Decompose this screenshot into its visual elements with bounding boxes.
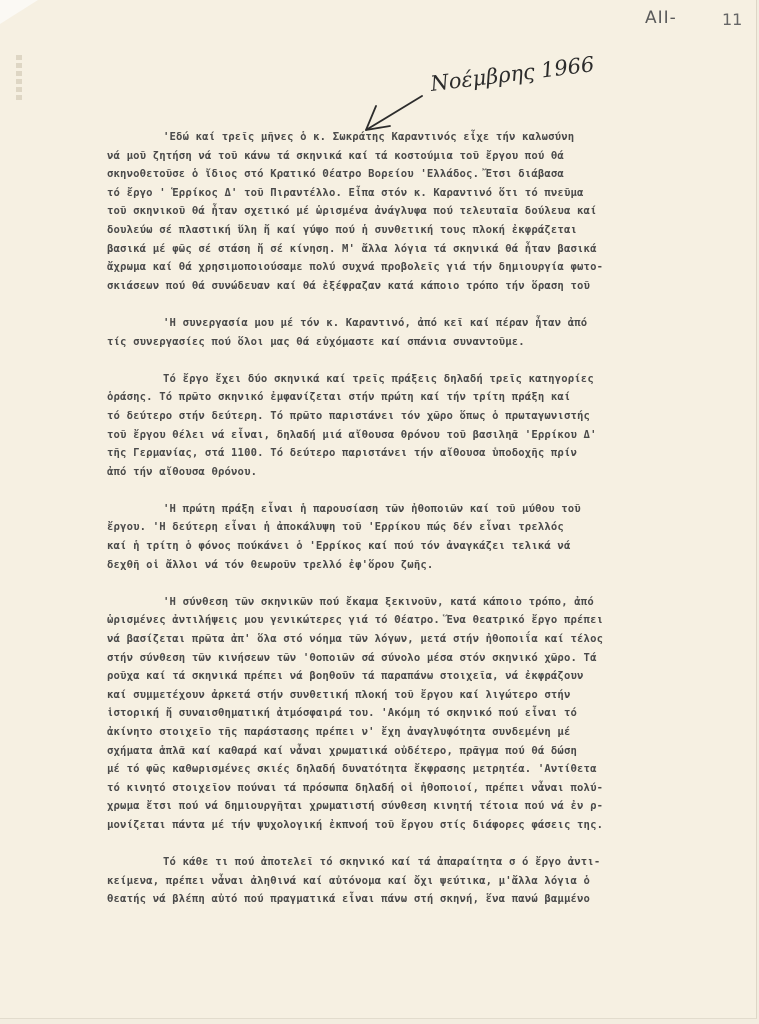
text-line: σκιάσεων πού θά συνώδευαν καί θά ἐξέφραζ… [107, 277, 712, 296]
text-line: τό ἔργο ' Ἑρρίκος Δ' τοῦ Πιραντέλλο. Εἶπ… [107, 184, 712, 203]
text-line: τοῦ σκηνικοῦ θά ἦταν σχετικό μέ ὡρισμένα… [107, 202, 712, 221]
paragraph: Τό ἔργο ἔχει δύο σκηνικά καί τρεῖς πράξε… [107, 370, 712, 482]
archive-id-label: ΑΙΙ- [645, 8, 677, 28]
text-line: τό δεύτερο στήν δεύτερη. Τό πρῶτο παριστ… [107, 407, 712, 426]
text-line: χρωμα ἔτσι πού νά δημιουργῆται χρωματιστ… [107, 797, 712, 816]
text-line: ἄχρωμα καί θά χρησιμοποιούσαμε πολύ συχν… [107, 258, 712, 277]
paragraph: 'Η σύνθεση τῶν σκηνικῶν πού ἔκαμα ξεκινο… [107, 593, 712, 835]
text-line: τό κινητό στοιχεῖον πούναι τά πρόσωπα δη… [107, 779, 712, 798]
text-line: νά βασίζεται πρῶτα ἀπ' ὅλα στό νόημα τῶν… [107, 630, 712, 649]
text-line: σχήματα ἁπλᾶ καί καθαρά καί νἆναι χρωματ… [107, 742, 712, 761]
text-line: 'Εδώ καί τρεῖς μῆνες ὁ κ. Σωκράτης Καραν… [107, 128, 712, 147]
document-page: ΑΙΙ- 11 Νοέμβρης 1966 'Εδώ καί τρεῖς μῆν… [0, 0, 757, 1019]
paragraph: 'Η συνεργασία μου μέ τόν κ. Καραντινό, ἀ… [107, 314, 712, 351]
staple-holes [16, 55, 22, 100]
paragraph: 'Εδώ καί τρεῖς μῆνες ὁ κ. Σωκράτης Καραν… [107, 128, 712, 295]
text-line: τῆς Γερμανίας, στά 1100. Τό δεύτερο παρι… [107, 444, 712, 463]
page-number: 11 [722, 10, 742, 29]
text-line: μέ τό φῶς καθωρισμένες σκιές δηλαδή δυνα… [107, 760, 712, 779]
text-line: 'Η πρώτη πράξη εἶναι ἡ παρουσίαση τῶν ἠθ… [107, 500, 712, 519]
text-line: Τό ἔργο ἔχει δύο σκηνικά καί τρεῖς πράξε… [107, 370, 712, 389]
typewritten-body: 'Εδώ καί τρεῖς μῆνες ὁ κ. Σωκράτης Καραν… [107, 128, 712, 928]
text-line: τίς συνεργασίες πού ὅλοι μας θά εὐχόμαστ… [107, 333, 712, 352]
text-line: κείμενα, πρέπει νἆναι ἀληθινά καί αὐτόνο… [107, 872, 712, 891]
text-line: ὡρισμένες ἀντιλήψεις μου γενικώτερες γιά… [107, 611, 712, 630]
text-line: στήν σύνθεση τῶν κινήσεων τῶν 'θοποιῶν σ… [107, 649, 712, 668]
text-line: μονίζεται πάντα μέ τήν ψυχολογική ἐκπνοή… [107, 816, 712, 835]
text-line: ἱστορική ἤ συναισθηματική ἀτμόσφαιρά του… [107, 704, 712, 723]
text-line: ἔργου. 'Η δεύτερη εἶναι ἡ ἀποκάλυψη τοῦ … [107, 518, 712, 537]
handwritten-date-annotation: Νοέμβρης 1966 [429, 52, 596, 96]
paragraph: Τό κάθε τι πού ἀποτελεῖ τό σκηνικό καί τ… [107, 853, 712, 909]
text-line: τοῦ ἔργου θέλει νά εἶναι, δηλαδή μιά αἴθ… [107, 426, 712, 445]
text-line: ροῦχα καί τά σκηνικά πρέπει νά βοηθοῦν τ… [107, 667, 712, 686]
text-line: σκηνοθετοῦσε ὁ ἴδιος στό Κρατικό Θέατρο … [107, 165, 712, 184]
text-line: δεχθῆ οἱ ἄλλοι νά τόν θεωροῦν τρελλό ἐφ'… [107, 556, 712, 575]
text-line: ἀκίνητο στοιχεῖο τῆς παράστασης πρέπει ν… [107, 723, 712, 742]
text-line: βασικά μέ φῶς σέ στάση ἤ σέ κίνηση. Μ' ἄ… [107, 240, 712, 259]
text-line: νά μοῦ ζητήση νά τοῦ κάνω τά σκηνικά καί… [107, 147, 712, 166]
text-line: ἀπό τήν αἴθουσα θρόνου. [107, 463, 712, 482]
folded-corner [0, 0, 38, 24]
text-line: 'Η συνεργασία μου μέ τόν κ. Καραντινό, ἀ… [107, 314, 712, 333]
paragraph: 'Η πρώτη πράξη εἶναι ἡ παρουσίαση τῶν ἠθ… [107, 500, 712, 574]
text-line: Τό κάθε τι πού ἀποτελεῖ τό σκηνικό καί τ… [107, 853, 712, 872]
text-line: 'Η σύνθεση τῶν σκηνικῶν πού ἔκαμα ξεκινο… [107, 593, 712, 612]
text-line: δουλεύω σέ πλαστική ὕλη ἤ καί γύψο πού ἡ… [107, 221, 712, 240]
text-line: θεατής νά βλέπη αὐτό πού πραγματικά εἶνα… [107, 890, 712, 909]
text-line: καί ἡ τρίτη ὁ φόνος πούκάνει ὁ 'Ερρίκος … [107, 537, 712, 556]
text-line: ὁράσης. Τό πρῶτο σκηνικό ἐμφανίζεται στή… [107, 388, 712, 407]
text-line: καί συμμετέχουν ἀρκετά στήν συνθετική πλ… [107, 686, 712, 705]
